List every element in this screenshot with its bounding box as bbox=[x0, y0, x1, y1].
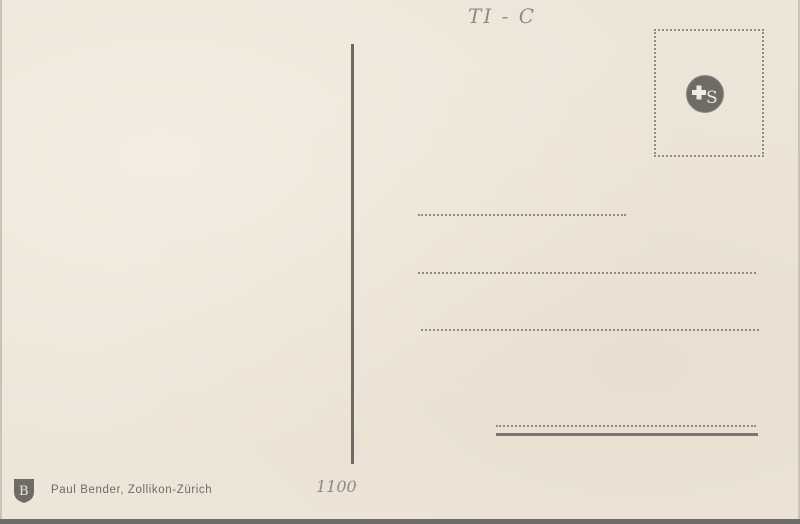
publisher-shield-logo-icon: B bbox=[13, 478, 35, 504]
address-line-3 bbox=[421, 329, 759, 331]
handwritten-note-bottom: 1100 bbox=[316, 477, 357, 496]
postcard-back: TI - C S B Paul Bender, Zollikon-Zürich … bbox=[0, 0, 800, 521]
svg-text:B: B bbox=[19, 484, 29, 499]
address-line-2 bbox=[418, 272, 756, 274]
svg-text:S: S bbox=[706, 88, 718, 108]
address-underline bbox=[496, 433, 758, 436]
swiss-cross-s-emblem-icon: S bbox=[686, 75, 724, 113]
message-address-divider bbox=[351, 44, 354, 464]
card-left-edge bbox=[0, 0, 2, 521]
publisher-imprint: Paul Bender, Zollikon-Zürich bbox=[51, 484, 212, 496]
address-line-4 bbox=[496, 425, 756, 427]
handwritten-note-top: TI - C bbox=[468, 4, 536, 28]
scan-bottom-edge bbox=[0, 519, 800, 524]
address-line-1 bbox=[418, 214, 626, 216]
